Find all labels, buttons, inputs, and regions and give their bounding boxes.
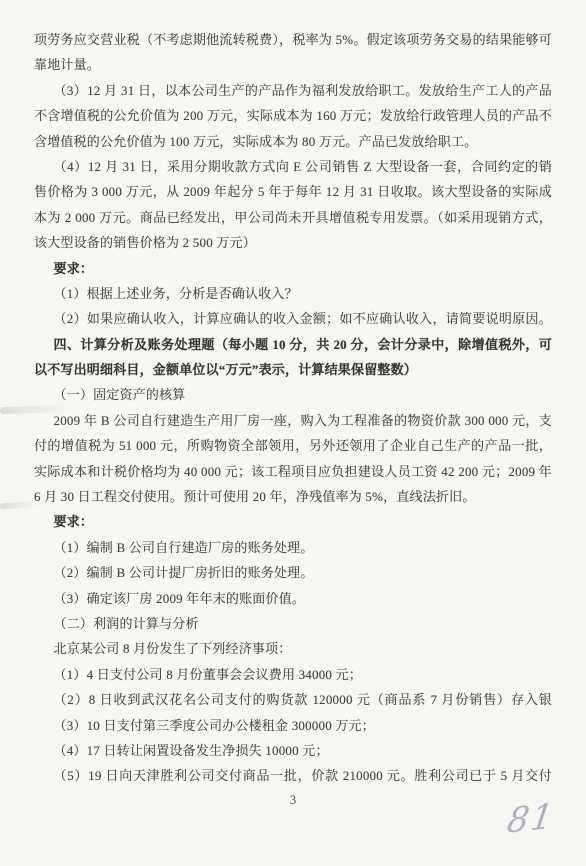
section-heading: 四、计算分析及账务处理题（每小题 10 分，共 20 分，会计分录中，除增值税外… [34,332,552,357]
scanned-document-page: 项劳务应交营业税（不考虑期他流转税费），税率为 5%。假定该项劳务交易的结果能够… [0,0,586,866]
text-line: 北京某公司 8 月份发生了下列经济事项： [34,636,552,661]
document-body: 项劳务应交营业税（不考虑期他流转税费），税率为 5%。假定该项劳务交易的结果能够… [34,27,552,789]
text-line: 该大型设备的销售价格为 2 500 万元） [34,230,552,255]
text-line: 靠地计量。 [34,52,552,77]
text-line: （2）编制 B 公司计提厂房折旧的账务处理。 [34,560,552,585]
text-line: （3）确定该厂房 2009 年年末的账面价值。 [34,586,552,611]
page-number: 3 [0,793,586,808]
text-line: 实际成本和计税价格均为 40 000 元；该工程项目应负担建设人员工资 42 2… [34,459,552,484]
handwritten-number: 81 [502,794,580,863]
text-line: 本为 2 000 万元。商品已经发出，甲公司尚未开具增值税专用发票。（如采用现销… [34,205,552,230]
section-heading: 以不写出明细科目，金额单位以“万元”表示，计算结果保留整数） [34,357,552,382]
requirements-heading: 要求： [34,509,552,534]
subsection-heading: （二）利润的计算与分析 [34,611,552,636]
text-line: （4）12 月 31 日，采用分期收款方式向 E 公司销售 Z 大型设备一套，合… [34,154,552,179]
text-line: （1）编制 B 公司自行建造厂房的账务处理。 [34,535,552,560]
text-line: 售价格为 3 000 万元，从 2009 年起分 5 年于每年 12 月 31 … [34,179,552,204]
text-line: （1）根据上述业务，分析是否确认收入？ [34,281,552,306]
subsection-heading: （一）固定资产的核算 [34,382,552,407]
text-line: 2009 年 B 公司自行建造生产用厂房一座，购入为工程准备的物资价款 300 … [34,408,552,433]
text-line: （3）10 日支付第三季度公司办公楼租金 300000 万元； [34,713,552,738]
text-line: 付的增值税为 51 000 元，所购物资全部领用，另外还领用了企业自己生产的产品… [34,433,552,458]
text-line: 不含增值税的公允价值为 200 万元，实际成本为 160 万元；发放给行政管理人… [34,103,552,128]
requirements-heading: 要求： [34,256,552,281]
text-line: 6 月 30 日工程交付使用。预计可使用 20 年，净残值率为 5%，直线法折旧… [34,484,552,509]
text-line: （3）12 月 31 日，以本公司生产的产品作为福利发放给职工。发放给生产工人的… [34,78,552,103]
text-line: （5）19 日向天津胜利公司交付商品一批，价款 210000 元。胜利公司已于 … [34,763,552,788]
text-line: （2）8 日收到武汉花名公司支付的购货款 120000 元（商品系 7 月份销售… [34,687,552,712]
text-line: 含增值税的公允价值为 100 万元，实际成本为 80 万元。产品已发放给职工。 [34,129,552,154]
text-line: （4）17 日转让闲置设备发生净损失 10000 元； [34,738,552,763]
text-line: 项劳务应交营业税（不考虑期他流转税费），税率为 5%。假定该项劳务交易的结果能够… [34,27,552,52]
text-line: （2）如果应确认收入，计算应确认的收入金额；如不应确认收入，请简要说明原因。 [34,306,552,331]
text-line: （1）4 日支付公司 8 月份董事会会议费用 34000 元； [34,662,552,687]
